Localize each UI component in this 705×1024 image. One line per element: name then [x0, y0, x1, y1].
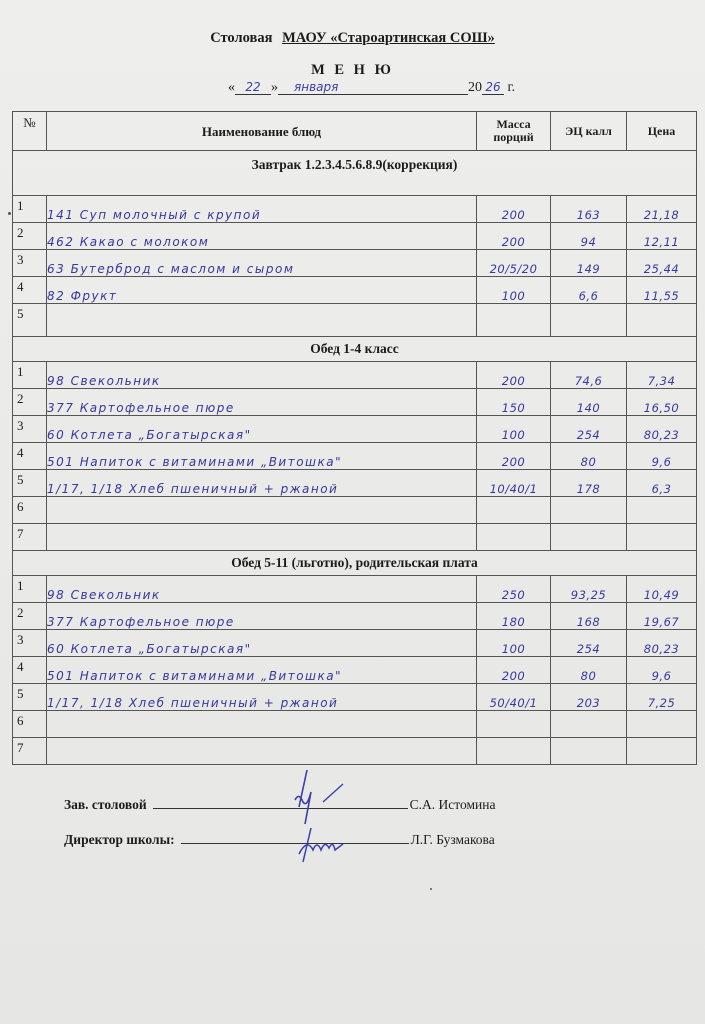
portion-mass: 200	[477, 196, 551, 223]
price: 7,34	[627, 362, 697, 389]
table-row: 6	[13, 497, 697, 524]
signature-name: Л.Г. Бузмакова	[411, 832, 495, 847]
energy-kcal: 6,6	[551, 277, 627, 304]
section-title: Обед 5-11 (льготно), родительская плата	[13, 551, 697, 576]
energy-kcal	[551, 711, 627, 738]
row-number: 2	[13, 389, 47, 416]
row-number: 4	[13, 657, 47, 684]
energy-kcal: 168	[551, 603, 627, 630]
menu-title: М Е Н Ю	[0, 62, 705, 79]
energy-kcal	[551, 304, 627, 337]
energy-kcal: 94	[551, 223, 627, 250]
date-month: января	[278, 80, 468, 95]
table-row: 360 Котлета „Богатырская"10025480,23	[13, 630, 697, 657]
price: 80,23	[627, 630, 697, 657]
portion-mass: 200	[477, 362, 551, 389]
section-title: Обед 1-4 класс	[13, 337, 697, 362]
energy-kcal	[551, 524, 627, 551]
dish-name: 98 Свекольник	[47, 576, 477, 603]
table-row: 363 Бутерброд с маслом и сыром20/5/20149…	[13, 250, 697, 277]
table-row: 7	[13, 524, 697, 551]
energy-kcal: 254	[551, 416, 627, 443]
portion-mass: 100	[477, 416, 551, 443]
energy-kcal: 178	[551, 470, 627, 497]
price: 6,3	[627, 470, 697, 497]
portion-mass	[477, 524, 551, 551]
dish-name: 63 Бутерброд с маслом и сыром	[47, 250, 477, 277]
row-number: 7	[13, 524, 47, 551]
handwritten-signature-icon	[285, 762, 365, 872]
portion-mass: 200	[477, 223, 551, 250]
row-number: 1	[13, 362, 47, 389]
price	[627, 711, 697, 738]
table-row: 51/17, 1/18 Хлеб пшеничный + ржаной10/40…	[13, 470, 697, 497]
price: 19,67	[627, 603, 697, 630]
energy-kcal	[551, 497, 627, 524]
portion-mass	[477, 497, 551, 524]
row-number: 5	[13, 304, 47, 337]
table-row: 360 Котлета „Богатырская"10025480,23	[13, 416, 697, 443]
dish-name: 501 Напиток с витаминами „Витошка"	[47, 657, 477, 684]
column-header-dish-name: Наименование блюд	[47, 112, 477, 151]
table-row: 51/17, 1/18 Хлеб пшеничный + ржаной50/40…	[13, 684, 697, 711]
scanned-menu-page: Столовая МАОУ «Староартинская СОШ» М Е Н…	[0, 0, 705, 1024]
row-number: 4	[13, 277, 47, 304]
dish-name	[47, 738, 477, 765]
energy-kcal: 254	[551, 630, 627, 657]
column-header-mass: Масса порций	[477, 112, 551, 151]
price: 80,23	[627, 416, 697, 443]
row-number: 1	[13, 196, 47, 223]
price: 9,6	[627, 657, 697, 684]
portion-mass: 200	[477, 657, 551, 684]
table-row: 2377 Картофельное пюре18016819,67	[13, 603, 697, 630]
row-number: 3	[13, 250, 47, 277]
table-row: 2377 Картофельное пюре15014016,50	[13, 389, 697, 416]
row-number: 1	[13, 576, 47, 603]
column-header-kcal: ЭЦ калл	[551, 112, 627, 151]
dish-name: 141 Суп молочный с крупой	[47, 196, 477, 223]
table-row: 6	[13, 711, 697, 738]
row-number: 6	[13, 497, 47, 524]
portion-mass: 150	[477, 389, 551, 416]
dish-name: 501 Напиток с витаминами „Витошка"	[47, 443, 477, 470]
dish-name: 377 Картофельное пюре	[47, 389, 477, 416]
energy-kcal: 203	[551, 684, 627, 711]
section-header-row: Обед 1-4 класс	[13, 337, 697, 362]
dish-name: 82 Фрукт	[47, 277, 477, 304]
table-row: 4501 Напиток с витаминами „Витошка"20080…	[13, 443, 697, 470]
row-number: 5	[13, 684, 47, 711]
menu-table: № Наименование блюд Масса порций ЭЦ калл…	[12, 111, 697, 765]
energy-kcal: 93,25	[551, 576, 627, 603]
portion-mass: 100	[477, 630, 551, 657]
portion-mass: 20/5/20	[477, 250, 551, 277]
section-header-row: Обед 5-11 (льготно), родительская плата	[13, 551, 697, 576]
dish-name: 462 Какао с молоком	[47, 223, 477, 250]
portion-mass: 10/40/1	[477, 470, 551, 497]
dish-name: 377 Картофельное пюре	[47, 603, 477, 630]
price	[627, 304, 697, 337]
portion-mass	[477, 711, 551, 738]
portion-mass: 200	[477, 443, 551, 470]
signature-name: С.А. Истомина	[410, 797, 496, 812]
price: 11,55	[627, 277, 697, 304]
column-header-price: Цена	[627, 112, 697, 151]
signature-role: Зав. столовой	[64, 797, 147, 812]
price: 7,25	[627, 684, 697, 711]
price: 16,50	[627, 389, 697, 416]
portion-mass	[477, 738, 551, 765]
signature-director: Директор школы:Л.Г. Бузмакова	[64, 831, 495, 848]
dish-name	[47, 497, 477, 524]
scan-speck	[430, 888, 432, 890]
price	[627, 524, 697, 551]
dish-name	[47, 304, 477, 337]
dish-name: 98 Свекольник	[47, 362, 477, 389]
table-row: 5	[13, 304, 697, 337]
date-year-suffix: 26	[482, 80, 504, 95]
table-row: 198 Свекольник20074,67,34	[13, 362, 697, 389]
price	[627, 497, 697, 524]
date-close-quote: »	[271, 80, 278, 95]
org-name: МАОУ «Староартинская СОШ»	[282, 30, 495, 46]
portion-mass: 100	[477, 277, 551, 304]
signature-role: Директор школы:	[64, 832, 175, 847]
table-row: 198 Свекольник25093,2510,49	[13, 576, 697, 603]
dish-name	[47, 711, 477, 738]
energy-kcal: 74,6	[551, 362, 627, 389]
portion-mass: 250	[477, 576, 551, 603]
row-number: 7	[13, 738, 47, 765]
scan-speck	[8, 212, 11, 215]
table-row: 482 Фрукт1006,611,55	[13, 277, 697, 304]
price: 12,11	[627, 223, 697, 250]
price: 10,49	[627, 576, 697, 603]
price	[627, 738, 697, 765]
energy-kcal: 140	[551, 389, 627, 416]
price: 25,44	[627, 250, 697, 277]
date-year-prefix: 20	[468, 80, 482, 95]
signature-line	[153, 796, 408, 809]
date-day: 22	[235, 80, 271, 95]
dish-name	[47, 524, 477, 551]
row-number: 3	[13, 416, 47, 443]
row-number: 4	[13, 443, 47, 470]
energy-kcal: 80	[551, 657, 627, 684]
energy-kcal: 80	[551, 443, 627, 470]
menu-date: «22»января2026 г.	[228, 80, 515, 96]
row-number: 5	[13, 470, 47, 497]
canteen-header: Столовая МАОУ «Староартинская СОШ»	[0, 30, 705, 47]
row-number: 3	[13, 630, 47, 657]
dish-name: 1/17, 1/18 Хлеб пшеничный + ржаной	[47, 684, 477, 711]
section-header-row: Завтрак 1.2.3.4.5.6.8.9(коррекция)	[13, 151, 697, 196]
dish-name: 1/17, 1/18 Хлеб пшеничный + ржаной	[47, 470, 477, 497]
row-number: 2	[13, 603, 47, 630]
org-prefix: Столовая	[210, 30, 272, 46]
portion-mass: 180	[477, 603, 551, 630]
portion-mass: 50/40/1	[477, 684, 551, 711]
table-row: 1141 Суп молочный с крупой20016321,18	[13, 196, 697, 223]
row-number: 6	[13, 711, 47, 738]
table-header-row: № Наименование блюд Масса порций ЭЦ калл…	[13, 112, 697, 151]
signature-canteen-head: Зав. столовойС.А. Истомина	[64, 796, 495, 813]
portion-mass	[477, 304, 551, 337]
energy-kcal: 163	[551, 196, 627, 223]
column-header-number: №	[13, 112, 47, 151]
section-title: Завтрак 1.2.3.4.5.6.8.9(коррекция)	[13, 151, 697, 196]
price: 9,6	[627, 443, 697, 470]
energy-kcal	[551, 738, 627, 765]
table-row: 4501 Напиток с витаминами „Витошка"20080…	[13, 657, 697, 684]
energy-kcal: 149	[551, 250, 627, 277]
table-row: 2462 Какао с молоком2009412,11	[13, 223, 697, 250]
date-open-quote: «	[228, 80, 235, 95]
dish-name: 60 Котлета „Богатырская"	[47, 630, 477, 657]
table-row: 7	[13, 738, 697, 765]
dish-name: 60 Котлета „Богатырская"	[47, 416, 477, 443]
price: 21,18	[627, 196, 697, 223]
row-number: 2	[13, 223, 47, 250]
date-year-unit: г.	[508, 80, 516, 95]
